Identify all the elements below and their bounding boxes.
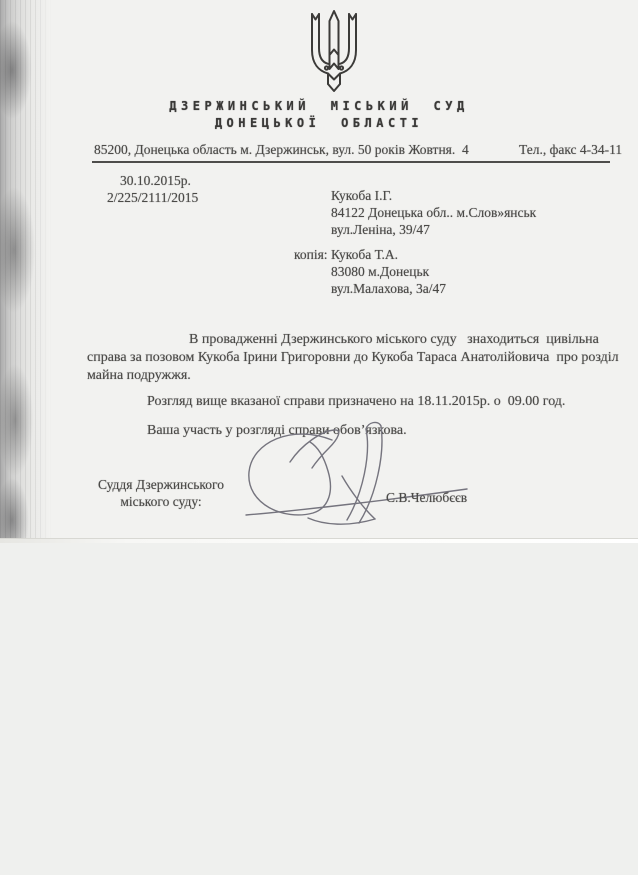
recipient-address2: вул.Леніна, 39/47 (331, 221, 430, 238)
judge-title-line2: міського суду: (120, 494, 201, 509)
letter-date: 30.10.2015р. (120, 172, 191, 189)
handwritten-signature (226, 420, 476, 530)
body-paragraph1-line2: справа за позовом Кукоба Ірини Григоровн… (87, 349, 619, 366)
judge-title: Суддя Дзержинського міського суду: (88, 476, 234, 510)
letterhead-divider (92, 161, 610, 163)
hearing-date-paragraph: Розгляд вище вказаної справи призначено … (147, 393, 565, 410)
case-number: 2/225/2111/2015 (107, 189, 198, 206)
court-address: 85200, Донецька область м. Дзержинськ, в… (94, 141, 469, 158)
copy-recipient-address2: вул.Малахова, 3а/47 (331, 280, 446, 297)
copy-recipient-name: Кукоба Т.А. (331, 246, 398, 263)
scanned-page: ДЗЕРЖИНСЬКИЙ МІСЬКИЙ СУД ДОНЕЦЬКОЇ ОБЛАС… (0, 0, 638, 538)
recipient-name: Кукоба І.Г. (331, 187, 392, 204)
judge-title-line1: Суддя Дзержинського (98, 477, 224, 492)
body-paragraph1-line3: майна подружжя. (87, 367, 191, 384)
trident-emblem-icon (302, 10, 366, 94)
court-name-line2: ДОНЕЦЬКОЇ ОБЛАСТІ (0, 116, 638, 130)
court-phone-fax: Тел., факс 4-34-11 (519, 141, 622, 158)
judge-name: С.В.Челюбєєв (386, 489, 467, 506)
scanner-streaks-artifact (0, 0, 52, 539)
scanner-background (0, 543, 638, 875)
recipient-address1: 84122 Донецька обл.. м.Слов»янськ (331, 204, 536, 221)
copy-label: копія: (294, 246, 328, 263)
scanned-court-letter: { "scan": { "header": { "court_line1": "… (0, 0, 638, 875)
copy-recipient-address1: 83080 м.Донецьк (331, 263, 429, 280)
body-paragraph1-line1: В провадженні Дзержинського міського суд… (189, 331, 599, 348)
court-name-line1: ДЗЕРЖИНСЬКИЙ МІСЬКИЙ СУД (0, 99, 638, 113)
